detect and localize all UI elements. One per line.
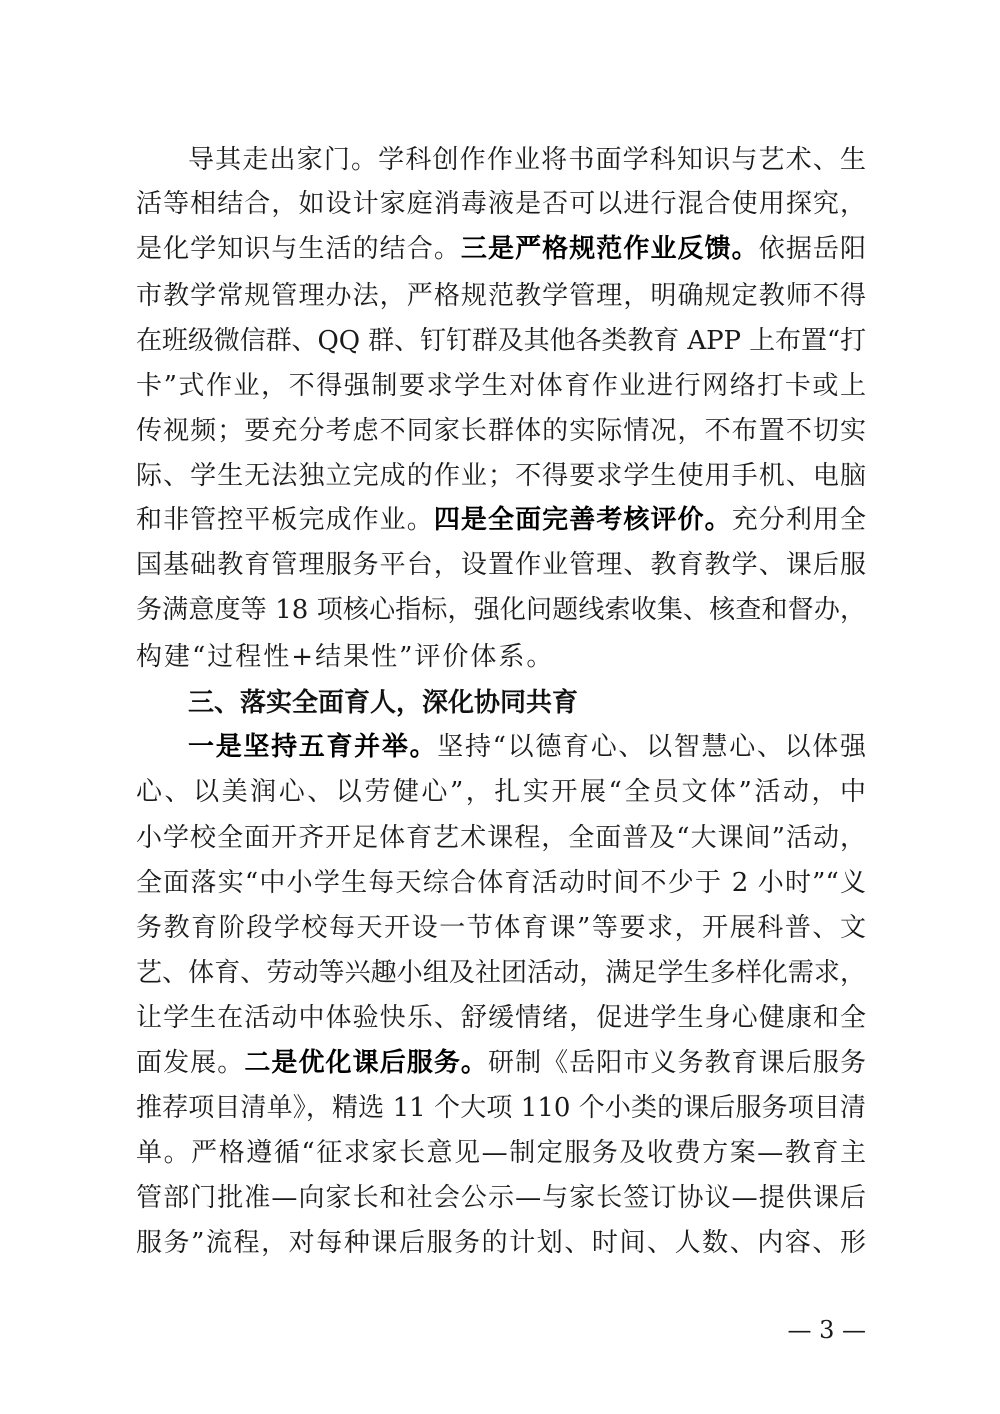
text-run: 服务”流程，对每种课后服务的计划、时间、人数、内容、形 <box>136 1228 866 1258</box>
bold-subheading: 三是严格规范作业反馈。 <box>461 234 759 264</box>
text-run: 导其走出家门。学科创作作业将书面学科知识与艺术、生 <box>188 145 866 175</box>
text-run: 充分利用全 <box>732 505 866 535</box>
text-run: 际、学生无法独立完成的作业；不得要求学生使用手机、电脑 <box>136 461 866 491</box>
document-page: 导其走出家门。学科创作作业将书面学科知识与艺术、生 活等相结合，如设计家庭消毒液… <box>0 0 1000 1414</box>
text-line: 全面落实“中小学生每天综合体育活动时间不少于 2 小时”“义 <box>136 861 866 905</box>
text-run: 研制《岳阳市义务教育课后服务 <box>488 1048 866 1078</box>
text-run: 和非管控平板完成作业。 <box>136 505 434 535</box>
text-line: 务满意度等 18 项核心指标，强化问题线索收集、核查和督办， <box>136 588 866 632</box>
text-run: 推荐项目清单》，精选 11 个大项 110 个小类的课后服务项目清 <box>136 1093 866 1123</box>
text-run: 活等相结合，如设计家庭消毒液是否可以进行混合使用探究， <box>136 189 866 219</box>
bold-subheading: 一是坚持五育并举。 <box>188 732 437 762</box>
text-run: 务教育阶段学校每天开设一节体育课”等要求，开展科普、文 <box>136 913 866 943</box>
text-run: 是化学知识与生活的结合。 <box>136 234 461 264</box>
text-run: 全面落实“中小学生每天综合体育活动时间不少于 2 小时”“义 <box>136 868 866 898</box>
text-line: 是化学知识与生活的结合。三是严格规范作业反馈。依据岳阳 <box>136 227 866 271</box>
text-line: 卡”式作业，不得强制要求学生对体育作业进行网络打卡或上 <box>136 364 866 408</box>
text-run: 小学校全面开齐开足体育艺术课程，全面普及“大课间”活动， <box>136 823 866 853</box>
text-run: 务满意度等 18 项核心指标，强化问题线索收集、核查和督办， <box>136 595 866 625</box>
text-run: 艺、体育、劳动等兴趣小组及社团活动，满足学生多样化需求， <box>136 958 866 988</box>
text-run: 卡”式作业，不得强制要求学生对体育作业进行网络打卡或上 <box>136 371 866 401</box>
text-run: 传视频；要充分考虑不同家长群体的实际情况，不布置不切实 <box>136 416 866 446</box>
section-heading: 三、落实全面育人，深化协同共育 <box>188 681 866 725</box>
text-run: 管部门批准—向家长和社会公示—与家长签订协议—提供课后 <box>136 1183 866 1213</box>
text-line: 构建“过程性+结果性”评价体系。 <box>136 635 866 679</box>
text-line: 管部门批准—向家长和社会公示—与家长签订协议—提供课后 <box>136 1176 866 1220</box>
text-line: 在班级微信群、QQ 群、钉钉群及其他各类教育 APP 上布置“打 <box>136 319 866 363</box>
text-line: 国基础教育管理服务平台，设置作业管理、教育教学、课后服 <box>136 543 866 587</box>
bold-subheading: 四是全面完善考核评价。 <box>434 505 732 535</box>
text-line: 心、以美润心、以劳健心”，扎实开展“全员文体”活动，中 <box>136 770 866 814</box>
text-line: 小学校全面开齐开足体育艺术课程，全面普及“大课间”活动， <box>136 816 866 860</box>
text-line: 传视频；要充分考虑不同家长群体的实际情况，不布置不切实 <box>136 409 866 453</box>
text-line: 活等相结合，如设计家庭消毒液是否可以进行混合使用探究， <box>136 182 866 226</box>
text-line: 市教学常规管理办法，严格规范教学管理，明确规定教师不得 <box>136 274 866 318</box>
text-line: 导其走出家门。学科创作作业将书面学科知识与艺术、生 <box>188 138 866 182</box>
text-run: 在班级微信群、QQ 群、钉钉群及其他各类教育 APP 上布置“打 <box>136 326 866 356</box>
text-run: 构建“过程性+结果性”评价体系。 <box>136 642 554 672</box>
text-line: 推荐项目清单》，精选 11 个大项 110 个小类的课后服务项目清 <box>136 1086 866 1130</box>
text-run: 依据岳阳 <box>759 234 866 264</box>
text-line: 际、学生无法独立完成的作业；不得要求学生使用手机、电脑 <box>136 454 866 498</box>
text-line: 和非管控平板完成作业。四是全面完善考核评价。充分利用全 <box>136 498 866 542</box>
text-run: 国基础教育管理服务平台，设置作业管理、教育教学、课后服 <box>136 550 866 580</box>
bold-subheading: 二是优化课后服务。 <box>244 1048 488 1078</box>
text-line: 让学生在活动中体验快乐、舒缓情绪，促进学生身心健康和全 <box>136 996 866 1040</box>
text-line: 务教育阶段学校每天开设一节体育课”等要求，开展科普、文 <box>136 906 866 950</box>
text-run: 让学生在活动中体验快乐、舒缓情绪，促进学生身心健康和全 <box>136 1003 866 1033</box>
text-line: 面发展。二是优化课后服务。研制《岳阳市义务教育课后服务 <box>136 1041 866 1085</box>
text-line: 服务”流程，对每种课后服务的计划、时间、人数、内容、形 <box>136 1221 866 1265</box>
text-line: 单。严格遵循“征求家长意见—制定服务及收费方案—教育主 <box>136 1131 866 1175</box>
text-run: 市教学常规管理办法，严格规范教学管理，明确规定教师不得 <box>136 281 866 311</box>
text-line: 艺、体育、劳动等兴趣小组及社团活动，满足学生多样化需求， <box>136 951 866 995</box>
text-run: 单。严格遵循“征求家长意见—制定服务及收费方案—教育主 <box>136 1138 866 1168</box>
text-line: 一是坚持五育并举。坚持“以德育心、以智慧心、以体强 <box>188 725 866 769</box>
text-run: 心、以美润心、以劳健心”，扎实开展“全员文体”活动，中 <box>136 777 866 807</box>
text-run: 坚持“以德育心、以智慧心、以体强 <box>437 732 866 762</box>
page-number: — 3 — <box>760 1312 866 1348</box>
text-run: 面发展。 <box>136 1048 244 1078</box>
